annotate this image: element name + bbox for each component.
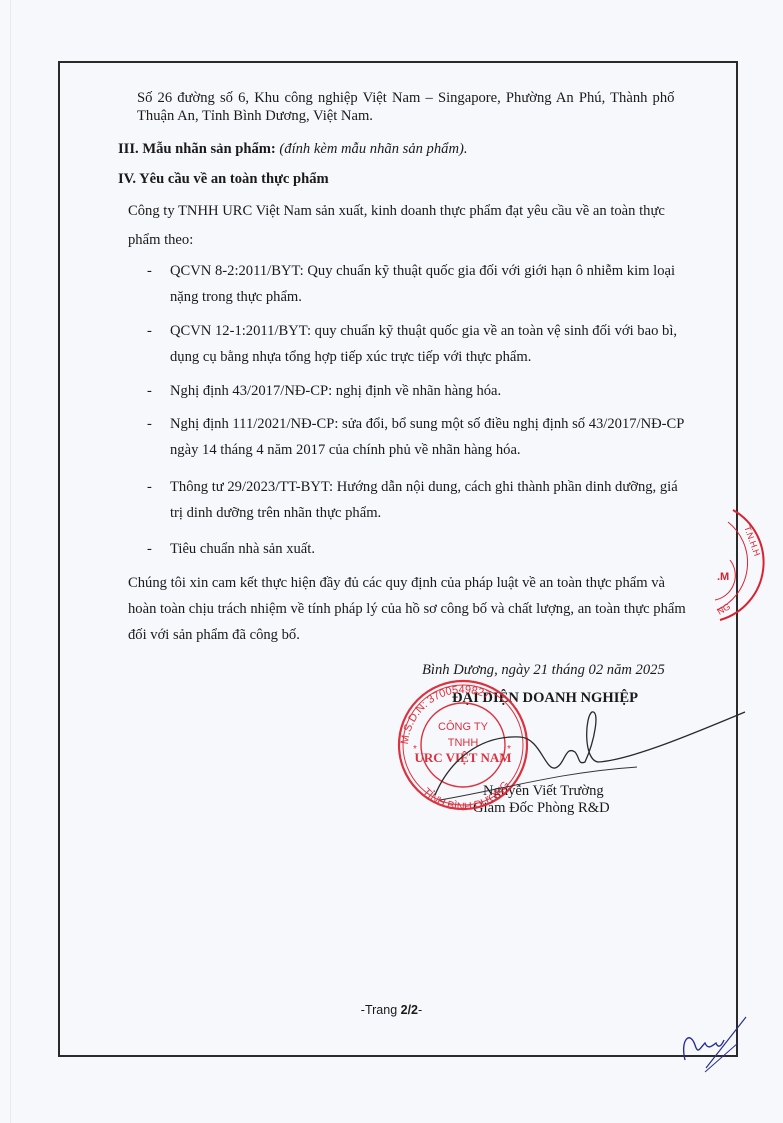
bullet-dash: -: [147, 478, 152, 496]
section-3: III. Mẫu nhãn sản phẩm: (đính kèm mẫu nh…: [118, 140, 468, 158]
section-3-heading: III. Mẫu nhãn sản phẩm:: [118, 141, 276, 157]
section-4-heading: IV. Yêu cầu về an toàn thực phẩm: [118, 170, 329, 188]
list-item-line-2: nặng trong thực phẩm.: [170, 288, 302, 306]
address-line-1: Số 26 đường số 6, Khu công nghiệp Việt N…: [137, 89, 674, 107]
footer-prefix: -Trang: [361, 1003, 401, 1017]
list-item-line-1: QCVN 12-1:2011/BYT: quy chuẩn kỹ thuật q…: [170, 322, 677, 340]
list-item-line-1: Tiêu chuẩn nhà sản xuất.: [170, 540, 315, 558]
bullet-dash: -: [147, 382, 152, 400]
page-footer: -Trang 2/2-: [0, 1003, 783, 1017]
bullet-dash: -: [147, 415, 152, 433]
scan-page-edge: [10, 0, 11, 1123]
bullet-dash: -: [147, 262, 152, 280]
signatory-title: ĐẠI DIỆN DOANH NGHIỆP: [452, 689, 638, 707]
list-item-line-1: Nghị định 43/2017/NĐ-CP: nghị định về nh…: [170, 382, 501, 400]
list-item-line-1: Thông tư 29/2023/TT-BYT: Hướng dẫn nội d…: [170, 478, 678, 496]
svg-text:T.N.H.H: T.N.H.H: [742, 524, 762, 557]
footer-suffix: -: [418, 1003, 422, 1017]
commitment-line-2: hoàn toàn chịu trách nhiệm về tính pháp …: [128, 600, 686, 618]
address-line-2: Thuận An, Tỉnh Bình Dương, Việt Nam.: [137, 107, 373, 125]
list-item-line-2: ngày 14 tháng 4 năm 2017 của chính phủ v…: [170, 441, 521, 459]
section-3-note: (đính kèm mẫu nhãn sản phẩm).: [279, 141, 467, 157]
page-number: 2/2: [401, 1003, 418, 1017]
section-4-intro-line-1: Công ty TNHH URC Việt Nam sản xuất, kinh…: [128, 202, 665, 220]
commitment-line-3: đối với sản phẩm đã công bố.: [128, 626, 300, 644]
commitment-line-1: Chúng tôi xin cam kết thực hiện đầy đủ c…: [128, 574, 665, 592]
list-item-line-2: trị dinh dưỡng trên nhãn thực phẩm.: [170, 504, 381, 522]
place-date: Bình Dương, ngày 21 tháng 02 năm 2025: [422, 661, 665, 679]
signatory-position: Giám Đốc Phòng R&D: [473, 799, 610, 817]
signatory-name: Nguyễn Viết Trường: [483, 782, 604, 800]
list-item-line-2: dụng cụ bằng nhựa tổng hợp tiếp xúc trực…: [170, 348, 531, 366]
bullet-dash: -: [147, 322, 152, 340]
list-item-line-1: Nghị định 111/2021/NĐ-CP: sửa đổi, bổ su…: [170, 415, 684, 433]
bullet-dash: -: [147, 540, 152, 558]
section-4-intro-line-2: phẩm theo:: [128, 231, 193, 249]
list-item-line-1: QCVN 8-2:2011/BYT: Quy chuẩn kỹ thuật qu…: [170, 262, 675, 280]
